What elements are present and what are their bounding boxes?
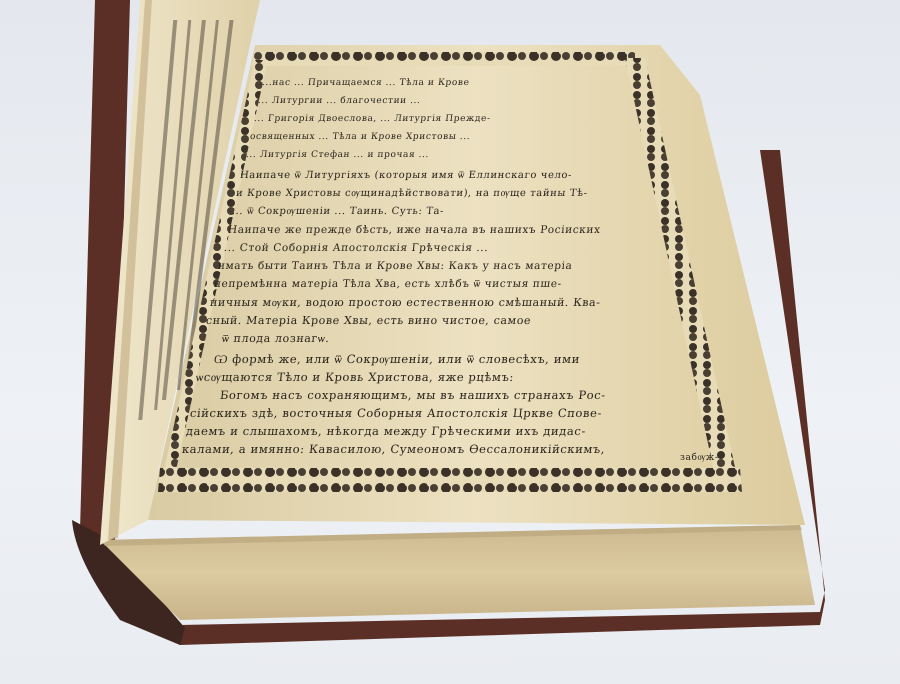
book-photo: ...нас ... Причащаемся ... Тѣла и Крове … xyxy=(0,0,900,684)
text-line: Наипаче же прежде бѣсть, иже начала въ н… xyxy=(227,224,601,236)
text-line: ... Литургія Стефан ... и прочая ... xyxy=(245,150,429,160)
text-line: сный. Матеріа Крове Хвы, есть вино чисто… xyxy=(205,314,532,327)
text-line: ... Литургии ... благочестии ... xyxy=(257,96,421,106)
text-line: ...нас ... Причащаемся ... Тѣла и Крове xyxy=(261,78,470,88)
text-line: калами, а имянно: Кавасилою, Сумеономъ Ѳ… xyxy=(181,442,606,456)
text-line: ... ѿ Сокрѹшеніи ... Таинь. Суть: Та- xyxy=(231,206,444,217)
text-line: сійскихъ здѣ, восточныя Соборныя Апостол… xyxy=(189,406,603,420)
text-line: Ѡ формѣ же, или ѿ Сокрѹшеніи, или ѿ слов… xyxy=(213,352,581,366)
text-line: ... Григорія Двоеслова, ... Литургія Пре… xyxy=(253,114,491,124)
text-line: ничныя мѹки, водою простою естественною … xyxy=(209,296,601,309)
page-text: ...нас ... Причащаемся ... Тѣла и Крове … xyxy=(0,0,900,684)
text-line: освященных ... Тѣла и Крове Христовы ... xyxy=(249,132,470,142)
text-line: Наипаче ѿ Литургіяхъ (которыя имя ѿ Елли… xyxy=(239,170,572,181)
text-line: даемъ и слышахомъ, нѣкогда между Грѣческ… xyxy=(185,424,586,438)
text-line: Богомъ насъ сохраняющимъ, мы въ нашихъ с… xyxy=(219,388,606,402)
catchword: забѹж- xyxy=(680,452,719,463)
text-line: ѡсѹщаются Тѣло и Кровь Христова, яже рцѣ… xyxy=(195,370,514,384)
text-line: непремѣнна матеріа Тѣла Хва, есть хлѣбъ … xyxy=(213,278,562,290)
text-line: и Крове Христовы сѹщинадѣйствовати), на … xyxy=(235,188,588,199)
text-line: имать быти Таинъ Тѣла и Крове Хвы: Какъ … xyxy=(217,260,573,272)
text-line: ... Стой Соборнія Апостолскія Грѣческія … xyxy=(223,242,489,254)
text-line: ѿ плода лознагѡ. xyxy=(221,332,330,345)
